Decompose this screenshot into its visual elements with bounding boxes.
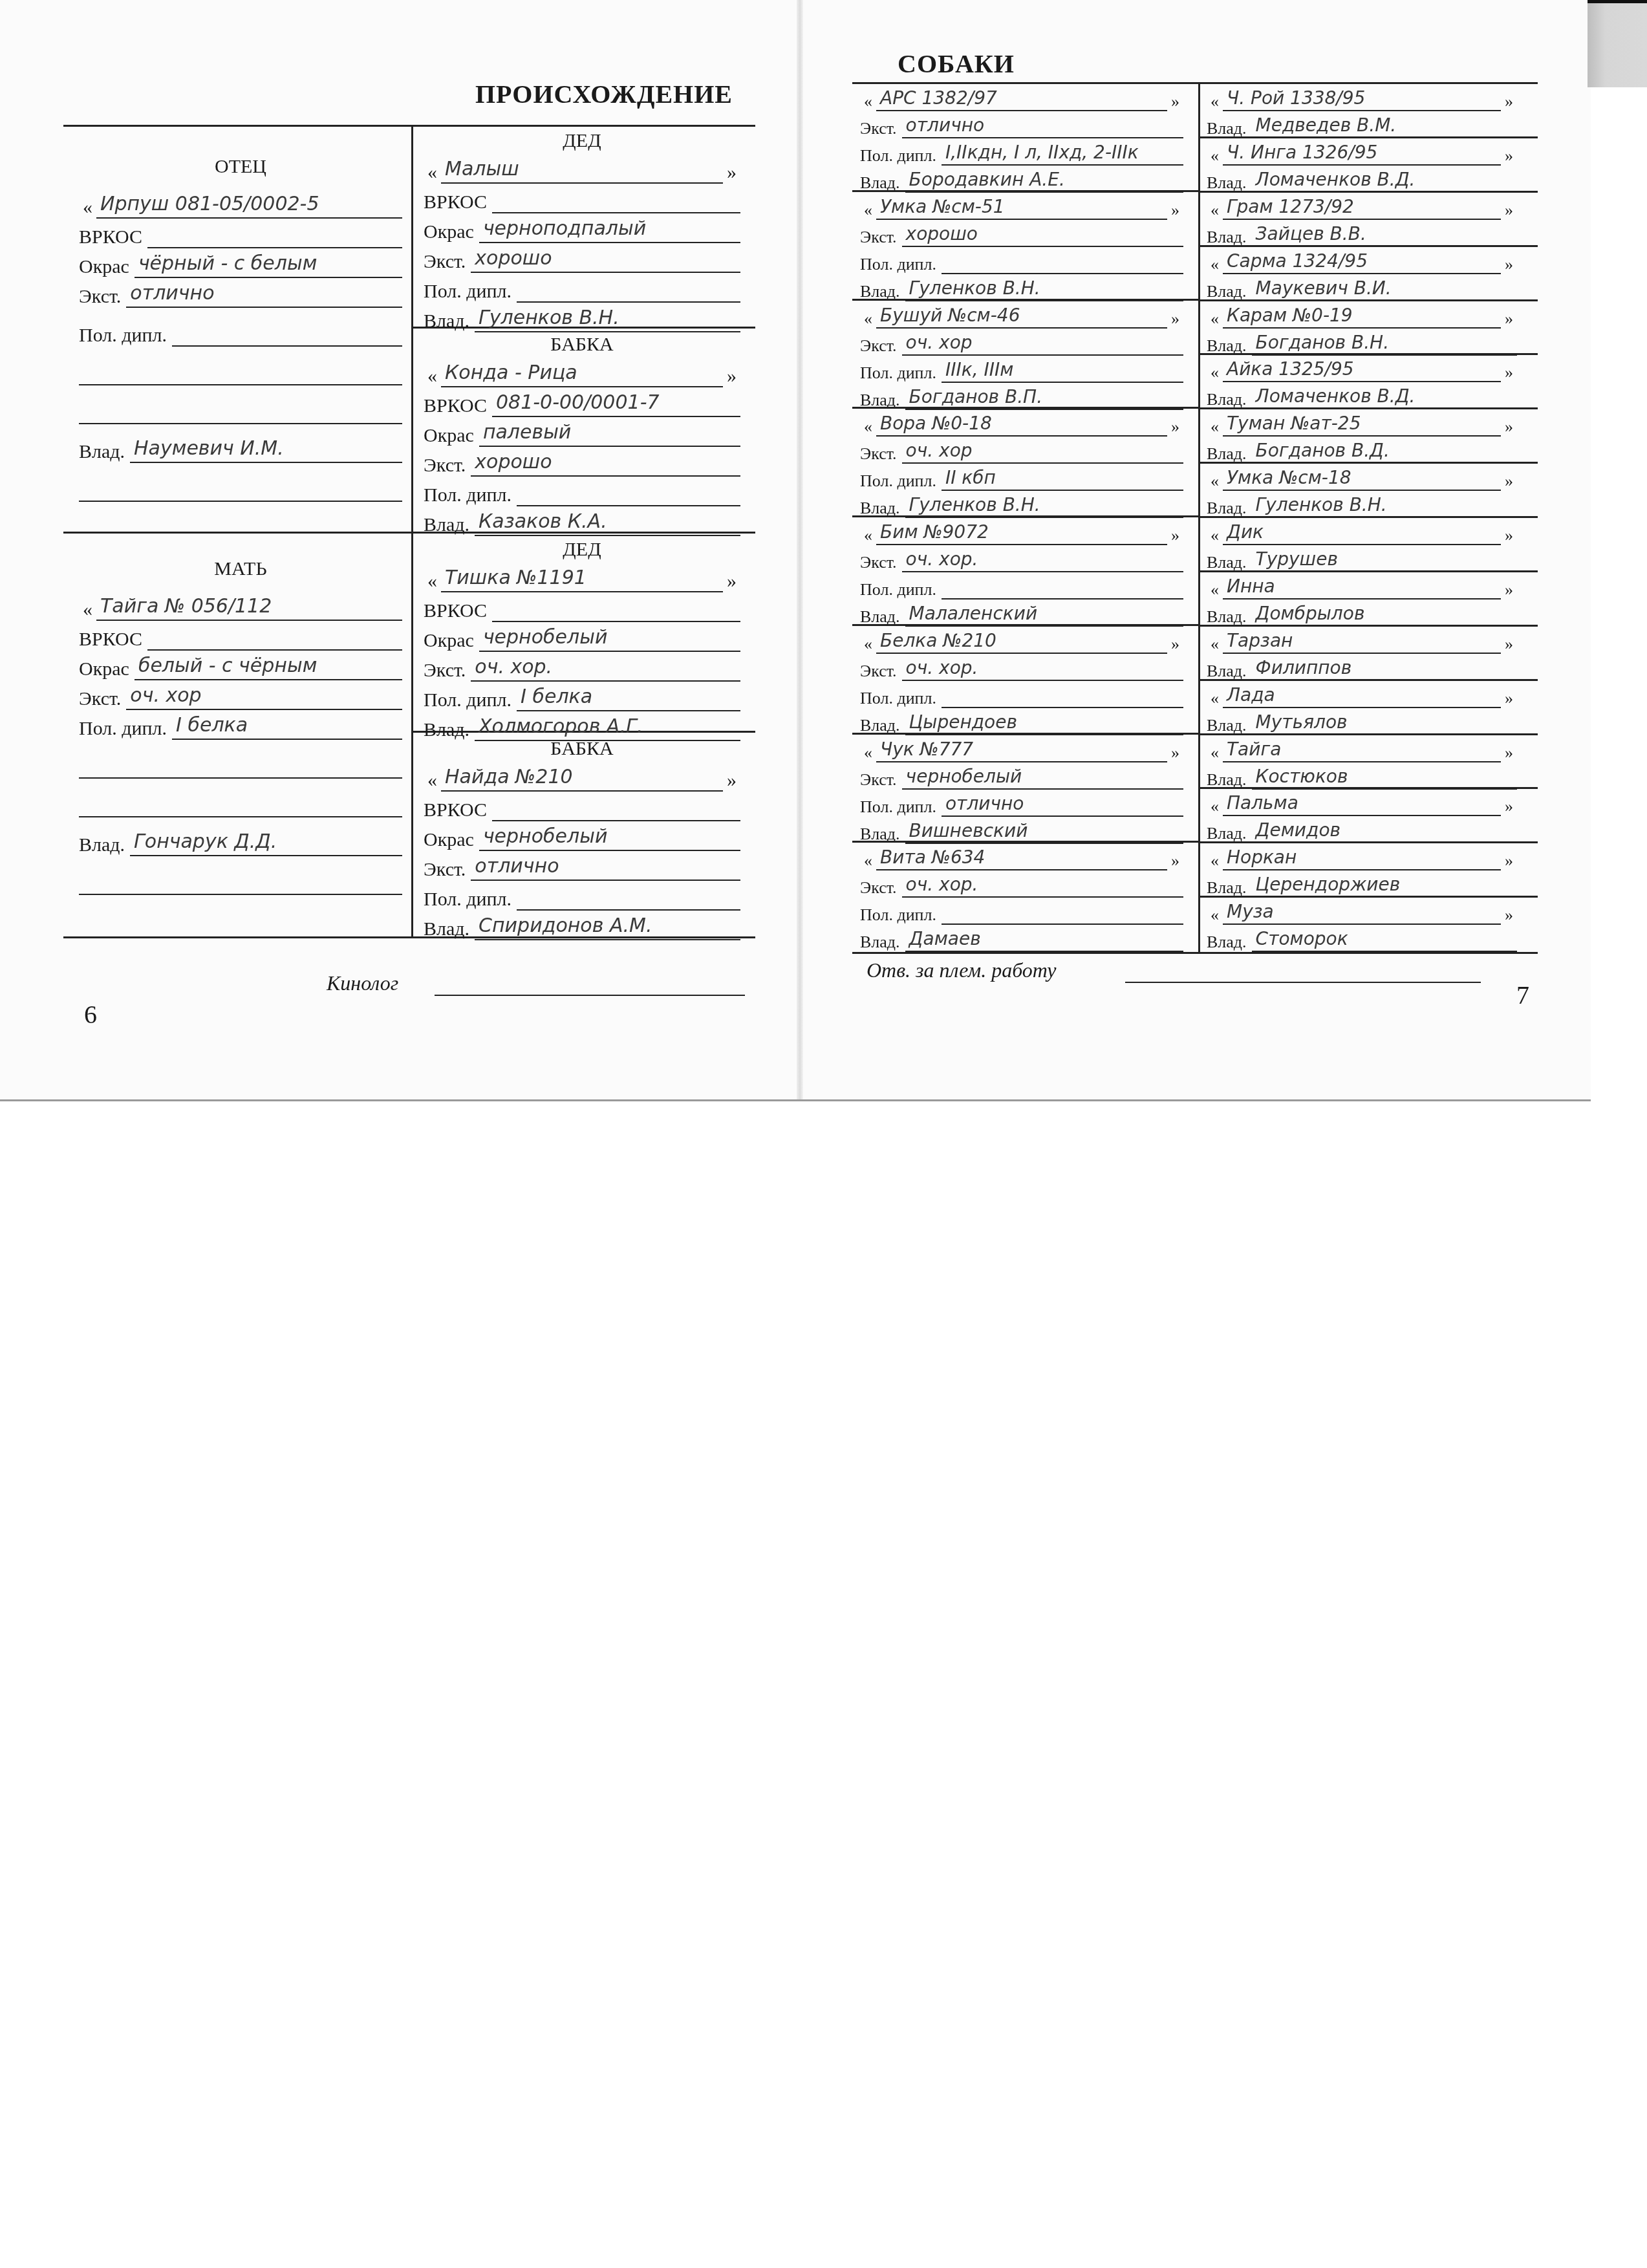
mother-card: МАТЬ «Тайга № 056/112 ВРКОС Окрасбелый -… [79,557,402,895]
maternal-grandfather-name-row: «Тишка №1191» [424,563,740,592]
father-extra-line-1 [79,347,402,385]
dog-entry-divider [1198,625,1538,627]
paternal-grandfather-dipl [517,275,740,303]
booklet-spread: ПРОИСХОЖДЕНИЕ ОТЕЦ «Ирпуш 081-05/0002-5 … [0,0,1591,1101]
dog-owner: Гуленков В.Н. [1252,493,1517,518]
dog-entry: «Карам №0-19»Влад.Богданов В.Н. [1207,301,1517,356]
mother-vrkos-row: ВРКОС [79,621,402,651]
dog-dipl-row: Пол. дипл.IIIк, IIIм [860,356,1183,383]
dog-ext: чернобелый [902,765,1183,790]
dog-entry-divider [1198,353,1538,355]
maternal-grandfather-vrkos [492,595,740,622]
dog-entry: «Сарма 1324/95»Влад.Маукевич В.И. [1207,247,1517,301]
dog-name-row: «Айка 1325/95» [1207,355,1517,382]
dog-dipl-row: Пол. дипл. [860,898,1183,925]
dog-name: Инна [1223,575,1501,599]
paternal-grandfather-ext: хорошо [471,246,740,273]
dog-name-row: «Тайга» [1207,735,1517,762]
dog-entry: «Вита №634»Экст.оч. хор.Пол. дипл.Влад.Д… [860,843,1183,952]
dog-dipl [942,900,1183,925]
dog-owner-row: Влад.Зайцев В.В. [1207,220,1517,247]
dog-name: Чук №777 [876,738,1167,762]
dog-ext: оч. хор [902,439,1183,464]
dog-name-row: «Чук №777» [860,735,1183,762]
paternal-grandmother-color-row: Окраспалевый [424,417,740,447]
dog-ext: оч. хор [902,331,1183,356]
paternal-grandfather-dipl-row: Пол. дипл. [424,273,740,303]
dog-name: Бушуй №см-46 [876,304,1167,329]
paternal-grandfather-owner: Гуленков В.Н. [475,305,740,332]
mother-extra-line-2 [79,779,402,817]
maternal-grandmother-ext: отлично [471,854,740,881]
dog-name-row: «Тарзан» [1207,627,1517,654]
dog-dipl: отлично [942,792,1183,817]
dog-name: Дик [1223,521,1501,545]
dog-entry: «Пальма»Влад.Демидов [1207,789,1517,843]
paternal-grandmother-owner: Казаков К.А. [475,509,740,536]
dog-name: Умка №см-18 [1223,466,1501,491]
dog-owner-row: Влад.Гуленков В.Н. [860,491,1183,518]
breeding-responsible-signature-line [1125,982,1481,983]
dog-entry-divider [1198,841,1538,843]
paternal-grandfather-vrkos-row: ВРКОС [424,184,740,213]
maternal-grandmother-card: БАБКА «Найда №210» ВРКОС Окрасчернобелый… [424,737,740,940]
dog-entry: «Вора №0-18»Экст.оч. хорПол. дипл.II кбп… [860,409,1183,518]
dog-entry: «Туман №ат-25»Влад.Богданов В.Д. [1207,409,1517,464]
dog-entry-divider [1198,896,1538,898]
dog-name-row: «АРС 1382/97» [860,84,1183,111]
paternal-grandfather-name-row: «Малыш» [424,154,740,184]
dog-name-row: «Туман №ат-25» [1207,409,1517,437]
dog-name: Сарма 1324/95 [1223,250,1501,274]
father-color: чёрный - с белым [135,251,402,278]
breeding-responsible-label: Отв. за плем. работу [867,958,1056,982]
dog-owner: Церендоржиев [1252,873,1517,898]
dog-owner: Цырендоев [905,711,1183,735]
dog-owner-row: Влад.Бородавкин А.Е. [860,166,1183,193]
maternal-grandfather-ext-row: Экст.оч. хор. [424,652,740,682]
father-ext-row: Экст.отлично [79,278,402,308]
paternal-grandmother-dipl [517,479,740,506]
paternal-grandfather-color-row: Окрасчерноподпалый [424,213,740,243]
dog-entry-divider [852,407,1198,409]
dog-entry-divider [1198,679,1538,681]
dog-owner: Дамаев [905,927,1183,952]
dog-dipl-row: Пол. дипл.II кбп [860,464,1183,491]
dogs-bottom-rule [852,952,1538,954]
dog-name: Лада [1223,684,1501,708]
dog-dipl-row: Пол. дипл.I,IIкдн, I л, IIхд, 2-IIIк [860,138,1183,166]
dog-owner: Мутьялов [1252,711,1517,735]
left-page-title: ПРОИСХОЖДЕНИЕ [475,79,733,109]
maternal-grandmother-vrkos-row: ВРКОС [424,792,740,821]
paternal-grandmother-vrkos-row: ВРКОС081-0-00/0001-7 [424,387,740,417]
father-name-row: «Ирпуш 081-05/0002-5 [79,180,402,219]
dog-name-row: «Ч. Инга 1326/95» [1207,138,1517,166]
dog-name-row: «Муза» [1207,898,1517,925]
dog-owner: Филиппов [1252,656,1517,681]
cynologist-label: Кинолог [327,971,398,995]
mother-ext: оч. хор [126,683,402,710]
dog-entry-divider [852,299,1198,301]
maternal-grandfather-dipl-row: Пол. дипл.I белка [424,682,740,711]
dog-name: Туман №ат-25 [1223,412,1501,437]
dog-owner: Стоморок [1252,927,1517,952]
maternal-grandfather-name: Тишка №1191 [441,565,723,592]
paternal-grandfather-name: Малыш [441,157,723,184]
mother-owner: Гончарук Д.Д. [130,829,402,856]
left-page-number: 6 [84,999,97,1030]
father-ext: отлично [126,281,402,308]
dog-name: Карам №0-19 [1223,304,1501,329]
dog-dipl [942,575,1183,599]
scanner-edge [1588,0,1647,87]
paternal-grandmother-ext: хорошо [471,449,740,477]
maternal-grandmother-owner-row: Влад.Спиридонов А.М. [424,911,740,940]
dog-owner: Домбрылов [1252,602,1517,627]
dog-entry: «Дик»Влад.Турушев [1207,518,1517,572]
paternal-grandfather-vrkos [492,186,740,213]
mother-extra-line-1 [79,740,402,779]
dog-owner: Богданов В.П. [905,385,1183,410]
dog-ext: хорошо [902,222,1183,247]
dog-ext-row: Экст.оч. хор [860,437,1183,464]
dog-entry-divider [852,190,1198,192]
dog-owner-row: Влад.Костюков [1207,762,1517,790]
maternal-grandfather-color: чернобелый [479,625,740,652]
dog-name: Грам 1273/92 [1223,195,1501,220]
dog-dipl: II кбп [942,466,1183,491]
dog-entry: «Айка 1325/95»Влад.Ломаченков В.Д. [1207,355,1517,409]
dog-name: Ч. Инга 1326/95 [1223,141,1501,166]
dog-entry-divider [852,515,1198,517]
maternal-grandmother-name: Найда №210 [441,764,723,792]
dog-entry: «Грам 1273/92»Влад.Зайцев В.В. [1207,193,1517,247]
dog-owner-row: Влад.Мутьялов [1207,708,1517,735]
dog-owner: Богданов В.Д. [1252,439,1517,464]
father-heading: ОТЕЦ [79,155,402,178]
dog-owner-row: Влад.Богданов В.П. [860,383,1183,410]
paternal-grandmother-ext-row: Экст.хорошо [424,447,740,477]
paternal-grandmother-name-row: «Конда - Рица» [424,358,740,387]
mother-vrkos [147,623,402,651]
dog-dipl-row: Пол. дипл. [860,247,1183,274]
right-page-title: СОБАКИ [898,49,1015,79]
dog-entry-divider [1198,299,1538,301]
dog-owner: Медведев В.М. [1252,114,1517,138]
dog-name-row: «Вора №0-18» [860,409,1183,437]
right-page-number: 7 [1516,980,1529,1010]
dog-name-row: «Карам №0-19» [1207,301,1517,329]
pedigree-top-rule [63,125,755,127]
dog-owner: Ломаченков В.Д. [1252,385,1517,409]
maternal-grandmother-dipl [517,883,740,911]
mother-extra-line-3 [79,856,402,895]
dog-entry-divider [1198,516,1538,518]
paternal-grandmother-dipl-row: Пол. дипл. [424,477,740,506]
father-name: Ирпуш 081-05/0002-5 [96,191,402,219]
dog-entry-divider [1198,787,1538,789]
dog-owner: Малаленский [905,602,1183,627]
mother-name-row: «Тайга № 056/112 [79,582,402,621]
father-dipl [172,319,402,347]
maternal-grandfather-color-row: Окрасчернобелый [424,622,740,652]
maternal-grandmother-dipl-row: Пол. дипл. [424,881,740,911]
cynologist-signature-line [435,995,745,996]
dog-dipl: IIIк, IIIм [942,358,1183,383]
dog-owner: Бородавкин А.Е. [905,168,1183,193]
dog-owner: Турушев [1252,548,1517,572]
dog-name: АРС 1382/97 [876,87,1167,111]
maternal-grandmother-owner: Спиридонов А.М. [475,913,740,940]
maternal-grandmother-vrkos [492,794,740,821]
dog-dipl-row: Пол. дипл. [860,681,1183,708]
dog-name: Айка 1325/95 [1223,358,1501,382]
dog-name-row: «Бушуй №см-46» [860,301,1183,329]
dog-name: Умка №см-51 [876,195,1167,220]
dog-owner: Зайцев В.В. [1252,222,1517,247]
dog-entry: «Лада»Влад.Мутьялов [1207,681,1517,735]
dog-name-row: «Умка №см-18» [1207,464,1517,491]
dog-name-row: «Лада» [1207,681,1517,708]
dog-entry: «АРС 1382/97»Экст.отличноПол. дипл.I,IIк… [860,84,1183,193]
maternal-grandfather-card: ДЕД «Тишка №1191» ВРКОС Окрасчернобелый … [424,538,740,741]
dog-name: Пальма [1223,792,1501,816]
dog-owner: Ломаченков В.Д. [1252,168,1517,193]
dog-entry-divider [1198,191,1538,193]
dog-ext: оч. хор. [902,656,1183,681]
mother-name: Тайга № 056/112 [96,594,402,621]
dog-name: Ч. Рой 1338/95 [1223,87,1501,111]
dog-owner-row: Влад.Ломаченков В.Д. [1207,382,1517,409]
mother-color-row: Окрасбелый - с чёрным [79,651,402,680]
dog-name: Муза [1223,900,1501,925]
dog-name: Белка №210 [876,629,1167,654]
dog-entry: «Инна»Влад.Домбрылов [1207,572,1517,627]
dog-name-row: «Умка №см-51» [860,193,1183,220]
maternal-grandfather-ext: оч. хор. [471,654,740,682]
dog-name-row: «Норкан» [1207,843,1517,870]
dog-name-row: «Бим №9072» [860,518,1183,545]
dog-owner-row: Влад.Домбрылов [1207,599,1517,627]
paternal-grandmother-card: БАБКА «Конда - Рица» ВРКОС081-0-00/0001-… [424,333,740,536]
mother-color: белый - с чёрным [135,653,402,680]
dog-owner-row: Влад.Богданов В.Н. [1207,329,1517,356]
dog-owner-row: Влад.Турушев [1207,545,1517,572]
dog-name-row: «Сарма 1324/95» [1207,247,1517,274]
dog-entry: «Муза»Влад.Стоморок [1207,898,1517,952]
father-vrkos [147,221,402,248]
dog-entry-divider [1198,136,1538,138]
dog-entry: «Тайга»Влад.Костюков [1207,735,1517,790]
mother-ext-row: Экст.оч. хор [79,680,402,710]
dog-owner-row: Влад.Вишневский [860,817,1183,844]
dog-owner-row: Влад.Дамаев [860,925,1183,952]
dog-name-row: «Грам 1273/92» [1207,193,1517,220]
dog-entry-divider [1198,407,1538,409]
dog-entry-divider [1198,733,1538,735]
dog-ext-row: Экст.оч. хор. [860,654,1183,681]
mother-heading: МАТЬ [79,557,402,581]
paternal-grandfather-color: черноподпалый [479,216,740,243]
paternal-grandmother-owner-row: Влад.Казаков К.А. [424,506,740,536]
parents-divider [63,532,411,534]
dog-name: Норкан [1223,846,1501,870]
dog-owner-row: Влад.Ломаченков В.Д. [1207,166,1517,193]
dog-name: Вора №0-18 [876,412,1167,437]
dog-name-row: «Белка №210» [860,627,1183,654]
mother-dipl-row: Пол. дипл.I белка [79,710,402,740]
dog-name: Вита №634 [876,846,1167,870]
father-card: ОТЕЦ «Ирпуш 081-05/0002-5 ВРКОС Окрасчёр… [79,155,402,502]
dog-owner-row: Влад.Малаленский [860,599,1183,627]
dog-entry: «Ч. Инга 1326/95»Влад.Ломаченков В.Д. [1207,138,1517,193]
father-owner: Наумевич И.М. [130,436,402,463]
dog-entry-divider [852,624,1198,626]
paternal-grandfather-card: ДЕД «Малыш» ВРКОС Окрасчерноподпалый Экс… [424,129,740,332]
dog-owner-row: Влад.Маукевич В.И. [1207,274,1517,301]
maternal-grandfather-dipl: I белка [517,684,740,711]
dog-ext-row: Экст.оч. хор. [860,870,1183,898]
father-vrkos-row: ВРКОС [79,219,402,248]
dog-name: Тарзан [1223,629,1501,654]
dog-dipl [942,684,1183,708]
dog-entry-divider [1198,462,1538,464]
booklet-spine [797,0,803,1099]
dog-entry: «Тарзан»Влад.Филиппов [1207,627,1517,681]
dog-owner-row: Влад.Стоморок [1207,925,1517,952]
maternal-grandmother-color: чернобелый [479,824,740,851]
dog-owner: Богданов В.Н. [1252,331,1517,356]
dog-ext-row: Экст.хорошо [860,220,1183,247]
paternal-grandfather-ext-row: Экст.хорошо [424,243,740,273]
dog-owner: Гуленков В.Н. [905,277,1183,301]
dog-ext: оч. хор. [902,548,1183,572]
dog-entry-divider [852,841,1198,843]
dog-name-row: «Ч. Рой 1338/95» [1207,84,1517,111]
dog-entry: «Чук №777»Экст.чернобелыйПол. дипл.отлич… [860,735,1183,844]
paternal-grandfather-owner-row: Влад.Гуленков В.Н. [424,303,740,332]
paternal-grandmother-color: палевый [479,420,740,447]
dog-owner-row: Влад.Цырендоев [860,708,1183,735]
dog-entry: «Бим №9072»Экст.оч. хор.Пол. дипл.Влад.М… [860,518,1183,627]
dog-ext-row: Экст.чернобелый [860,762,1183,790]
dog-entry-divider [1198,570,1538,572]
dog-entry: «Умка №см-51»Экст.хорошоПол. дипл.Влад.Г… [860,193,1183,301]
mother-owner-row: Влад.Гончарук Д.Д. [79,817,402,856]
father-extra-line-3 [79,463,402,502]
dog-owner: Маукевич В.И. [1252,277,1517,301]
dog-owner-row: Влад.Гуленков В.Н. [1207,491,1517,518]
dog-owner: Гуленков В.Н. [905,493,1183,518]
dog-ext: оч. хор. [902,873,1183,898]
dog-entry: «Норкан»Влад.Церендоржиев [1207,843,1517,898]
father-owner-row: Влад.Наумевич И.М. [79,424,402,463]
dog-name-row: «Дик» [1207,518,1517,545]
dog-ext-row: Экст.оч. хор. [860,545,1183,572]
paternal-grandmother-name: Конда - Рица [441,360,723,387]
dog-owner: Демидов [1252,819,1517,843]
dog-ext: отлично [902,114,1183,138]
dog-owner-row: Влад.Церендоржиев [1207,870,1517,898]
maternal-grandfather-vrkos-row: ВРКОС [424,592,740,622]
father-color-row: Окрасчёрный - с белым [79,248,402,278]
maternal-grandfather-heading: ДЕД [424,538,740,561]
dog-name-row: «Пальма» [1207,789,1517,816]
dog-name-row: «Инна» [1207,572,1517,599]
father-dipl-row: Пол. дипл. [79,308,402,347]
dog-dipl: I,IIкдн, I л, IIхд, 2-IIIк [942,141,1183,166]
dog-ext-row: Экст.отлично [860,111,1183,138]
mother-dipl: I белка [172,713,402,740]
dog-dipl-row: Пол. дипл. [860,572,1183,599]
dog-dipl [942,250,1183,274]
dog-entry: «Белка №210»Экст.оч. хор.Пол. дипл.Влад.… [860,627,1183,735]
paternal-grandfather-heading: ДЕД [424,129,740,153]
dog-owner: Костюков [1252,765,1517,790]
paternal-grandmother-vrkos: 081-0-00/0001-7 [492,390,740,417]
dog-name: Бим №9072 [876,521,1167,545]
father-extra-line-2 [79,385,402,424]
dog-entry-divider [852,733,1198,735]
maternal-grandmother-ext-row: Экст.отлично [424,851,740,881]
dog-dipl-row: Пол. дипл.отлично [860,790,1183,817]
pedigree-divider [411,125,413,936]
dog-owner-row: Влад.Богданов В.Д. [1207,437,1517,464]
dog-entry-divider [1198,245,1538,247]
maternal-grandmother-heading: БАБКА [424,737,740,761]
dog-owner-row: Влад.Демидов [1207,816,1517,843]
dog-entry: «Умка №см-18»Влад.Гуленков В.Н. [1207,464,1517,518]
dog-owner-row: Влад.Гуленков В.Н. [860,274,1183,301]
dog-name-row: «Вита №634» [860,843,1183,870]
dog-entry: «Бушуй №см-46»Экст.оч. хорПол. дипл.IIIк… [860,301,1183,410]
dog-entry: «Ч. Рой 1338/95»Влад.Медведев В.М. [1207,84,1517,138]
dog-ext-row: Экст.оч. хор [860,329,1183,356]
dog-owner: Вишневский [905,819,1183,844]
dog-name: Тайга [1223,738,1501,762]
dog-owner-row: Влад.Филиппов [1207,654,1517,681]
maternal-grandmother-name-row: «Найда №210» [424,762,740,792]
maternal-grandmother-color-row: Окрасчернобелый [424,821,740,851]
dog-owner-row: Влад.Медведев В.М. [1207,111,1517,138]
paternal-grandmother-heading: БАБКА [424,333,740,356]
